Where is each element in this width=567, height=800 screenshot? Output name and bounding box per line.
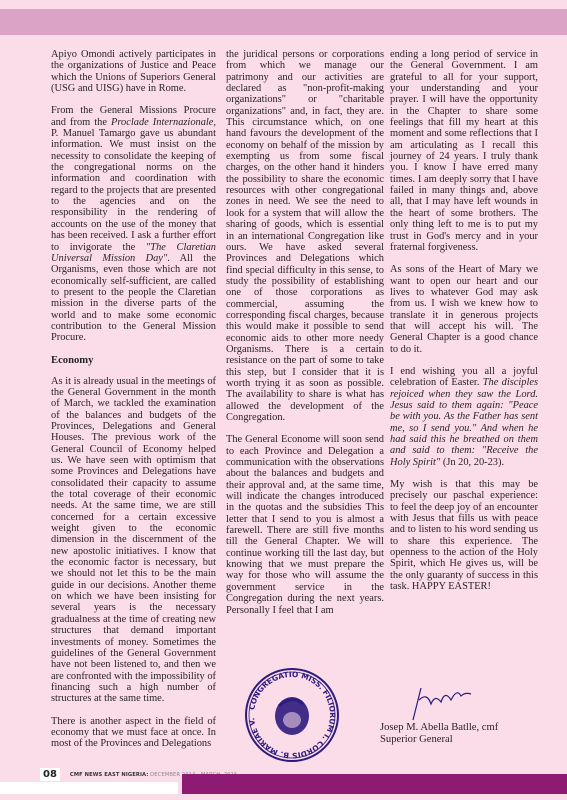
paragraph: As sons of the Heart of Mary we want to … [390, 264, 538, 355]
page-number: 08 [40, 768, 60, 781]
paragraph: From the General Missions Procure and fr… [51, 105, 216, 343]
paragraph: I end wishing you all a joyful celebrati… [390, 366, 538, 468]
article-column-1: Apiyo Omondi actively participates in th… [51, 49, 216, 761]
section-heading-economy: Economy [51, 355, 216, 367]
paragraph: ending a long period of service in the G… [390, 49, 538, 253]
article-column-2: the juridical persons or corporations fr… [226, 49, 384, 627]
paragraph: Apiyo Omondi actively participates in th… [51, 49, 216, 94]
paragraph: The General Econome will soon send to ea… [226, 434, 384, 616]
footer-white-strip [0, 782, 178, 794]
paragraph: My wish is that this may be precisely ou… [390, 479, 538, 592]
signature-block: Josep M. Abella Batlle, cmf Superior Gen… [380, 722, 498, 746]
paragraph: the juridical persons or corporations fr… [226, 49, 384, 423]
header-band [0, 9, 567, 35]
signer-name: Josep M. Abella Batlle, cmf [380, 722, 498, 734]
handwritten-signature-icon [405, 682, 475, 722]
paragraph: There is another aspect in the field of … [51, 716, 216, 750]
official-seal-stamp-icon: CONGREGATIO MISS. FILIORUM I. CORDIS B. … [243, 666, 341, 764]
signer-title: Superior General [380, 734, 498, 746]
paragraph: As it is already usual in the meetings o… [51, 376, 216, 705]
article-column-3: ending a long period of service in the G… [390, 49, 538, 603]
publication-name: CMF NEWS EAST NIGERIA: [70, 772, 149, 778]
footer-color-bar [182, 774, 567, 794]
